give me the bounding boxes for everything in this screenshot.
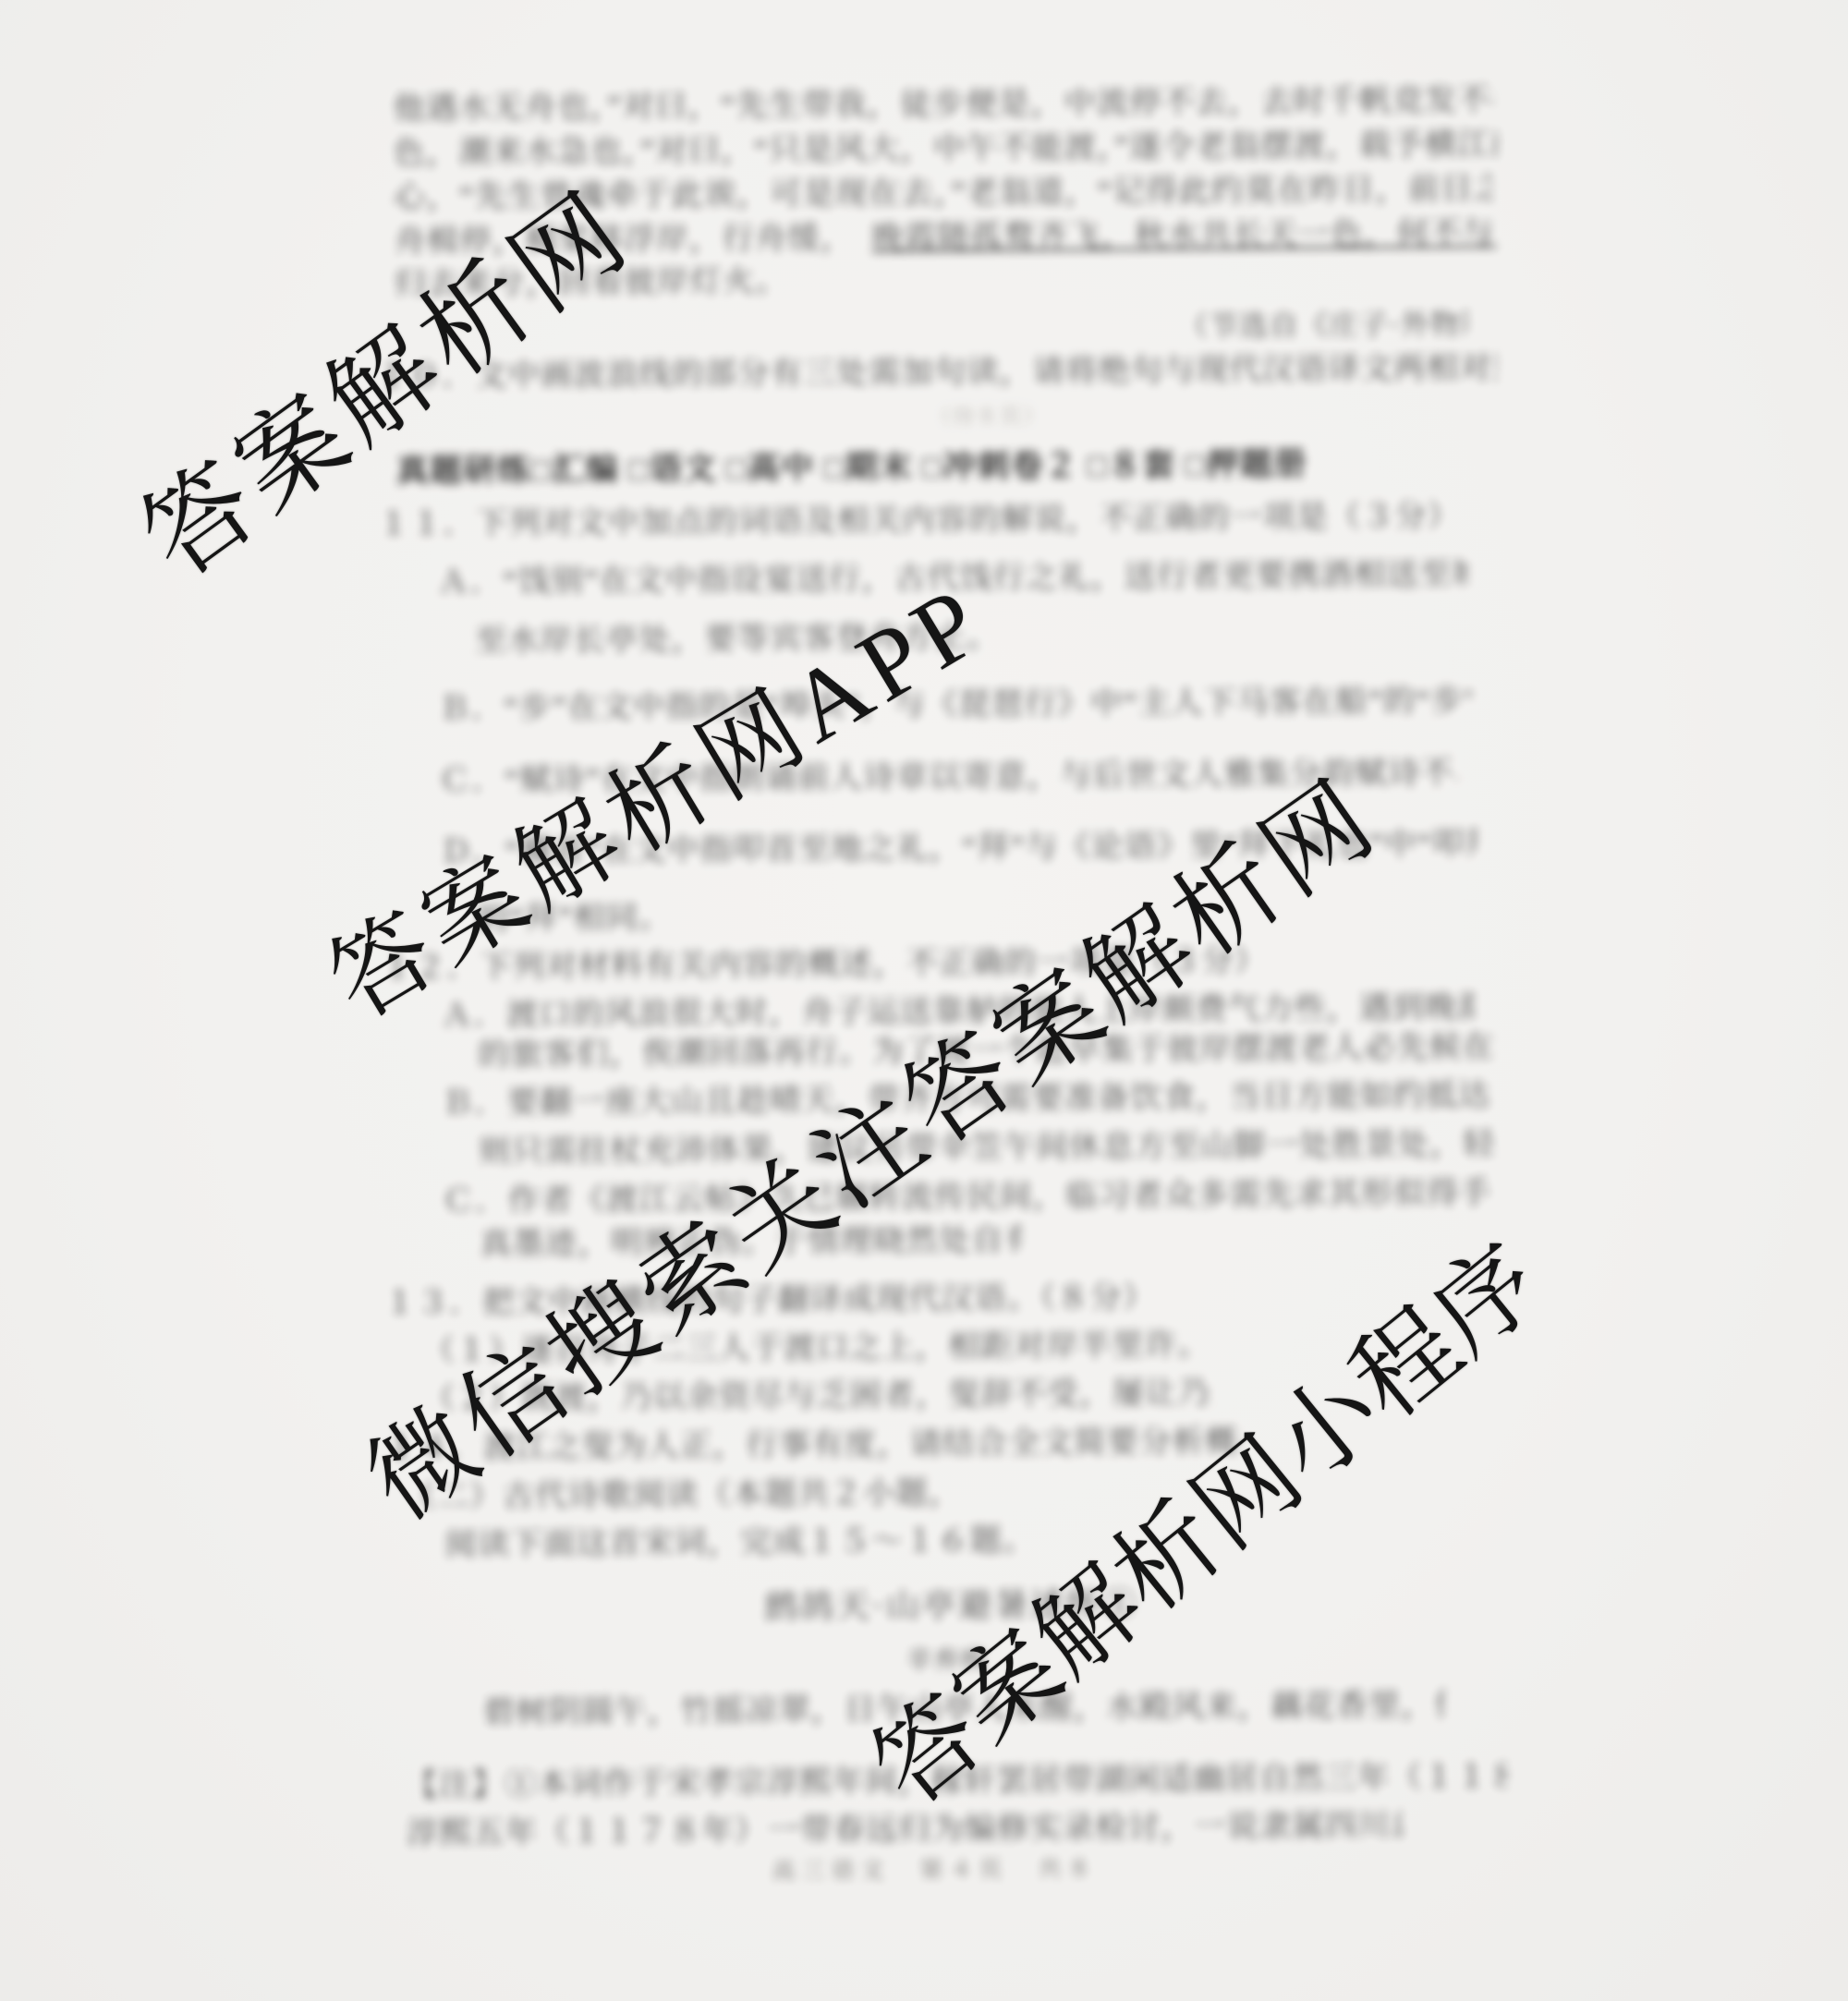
watermark-text: 答案解析网: [126, 175, 648, 595]
watermark-text: 答案解析网小程序: [857, 1227, 1558, 1822]
watermark-text: 答案解析网APP: [315, 569, 1002, 1037]
scanned-exam-page: 他遇水无舟也，”对曰，“先生带我，徒步便是，中流停不去，去时千帆竞发不相色，潮来…: [0, 0, 1848, 2001]
watermark-layer: 答案解析网答案解析网APP微信搜索关注答案解析网答案解析网小程序: [0, 0, 1848, 2001]
